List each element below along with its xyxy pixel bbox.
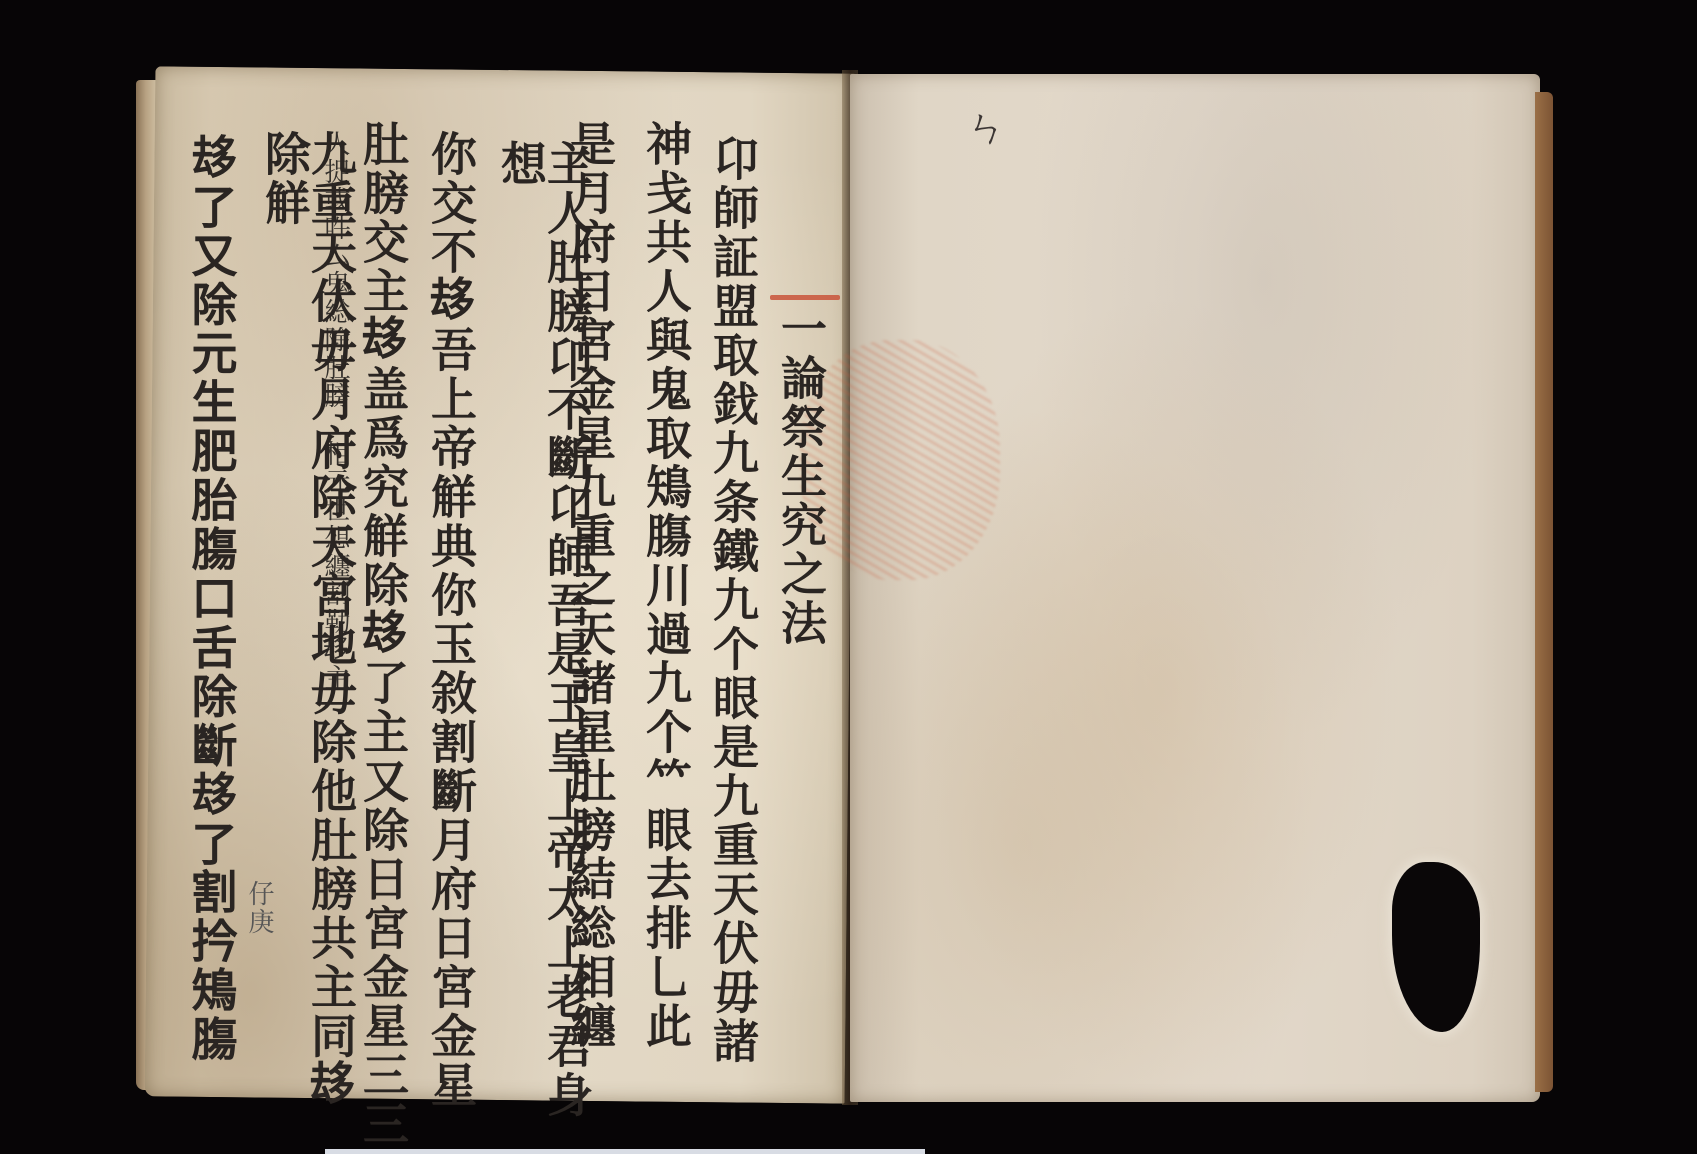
text-column-7: 肚膀交主𠫾盖爲究觧除𠫾了主又除日宮金星三三	[360, 120, 406, 1149]
manuscript-spread: 一論祭生究之法 卬師証盟取鈛九条鐵九个眼是九重天伏毋諸 神戋共人與鬼取鴙膓川過九…	[0, 0, 1697, 1154]
right-page-edge	[1535, 92, 1553, 1092]
text-column-5: 主人肚膀卬不斷卬師吾是玉皇上帝太上老君身想	[498, 140, 590, 1154]
heading-column: 一論祭生究之法	[778, 305, 824, 648]
scan-bottom-bar	[325, 1149, 925, 1154]
text-column-3: 神戋共人與鬼取鴙膓川過九个𥫗眼去排乚此	[643, 120, 689, 1051]
text-column-6: 你交不𠫾吾上帝觧典你玉敘割斷月府日宮金星	[428, 130, 474, 1110]
red-seal-stamp	[800, 340, 1000, 580]
right-page-top-mark: ㄣ	[965, 95, 1007, 155]
margin-note: 仔庚	[246, 880, 272, 936]
text-column-8: 九重天伏毋月府除天宮地毋除他肚膀共主同𠫾除觧	[262, 130, 354, 1154]
red-heading-mark	[770, 295, 840, 300]
text-column-2: 卬師証盟取鈛九条鐵九个眼是九重天伏毋諸	[710, 135, 756, 1066]
text-column-9: 𠫾了又除元生肥胎膓口舌除斷𠫾了割扲鴙膓	[190, 135, 236, 1066]
